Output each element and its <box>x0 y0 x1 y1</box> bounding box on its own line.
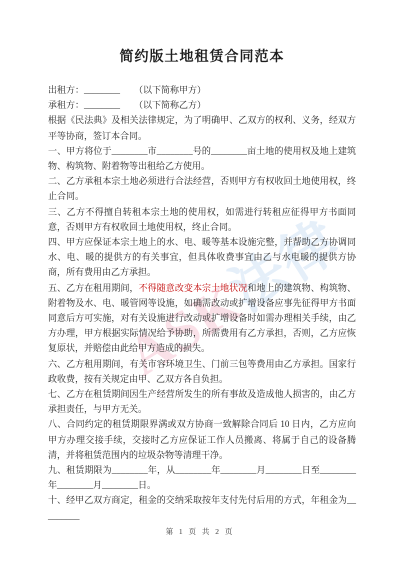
party-suffix: （以下简称甲方） <box>134 85 206 95</box>
clause-text: 六、乙方租用期间，有关市容环境卫生、门前三包等费用由乙方承担。国家行政收费，按有… <box>48 359 356 384</box>
fill-in-blank: ________ <box>84 85 120 95</box>
party-label: 出租方： <box>48 85 84 95</box>
document-body: 简约版土地租赁合同范本 出租方：________（以下简称甲方）承租方：____… <box>48 48 356 524</box>
clause-text: 根据《民法典》及相关法律规定，为了明确甲、乙双方的权利、义务，经双方平等协商，签… <box>48 115 356 140</box>
contract-clauses: 根据《民法典》及相关法律规定，为了明确甲、乙双方的权利、义务，经双方平等协商，签… <box>48 113 356 523</box>
clause-text: 八、合同约定的租赁期限界满或双方协商一致解除合同后 10 日内，乙方应向甲方办理… <box>48 419 356 459</box>
clause-text: 七、乙方在租赁期间因生产经营所发生的所有事故及造成他人损害的，由乙方承担责任，与… <box>48 389 356 414</box>
party-suffix: （以下简称乙方） <box>134 100 206 110</box>
clause-paragraph: 十、经甲乙双方商定，租金的交纳采取按年支付先付后用的方式，年租金为_______… <box>48 493 356 523</box>
clause-paragraph: 五、乙方在租用期间，不得随意改变本宗土地状况和地上的建筑物、构筑物、附着物及水、… <box>48 281 356 357</box>
page-number-footer: 第 1 页 共 2 页 <box>0 526 400 537</box>
clause-paragraph: 九、租赁期限为________年，从________年________月____… <box>48 463 356 493</box>
clause-paragraph: 四、甲方应保证本宗土地上的水、电、暖等基本设施完整，并帮助乙方协调同水、电、暖的… <box>48 235 356 281</box>
clause-text: 十、经甲乙双方商定，租金的交纳采取按年支付先付后用的方式，年租金为_______… <box>48 495 356 520</box>
clause-paragraph: 根据《民法典》及相关法律规定，为了明确甲、乙双方的权利、义务，经双方平等协商，签… <box>48 113 356 143</box>
party-line: 出租方：________（以下简称甲方） <box>48 83 356 98</box>
party-lines: 出租方：________（以下简称甲方）承租方：________（以下简称乙方） <box>48 83 356 113</box>
clause-text: 九、租赁期限为________年，从________年________月____… <box>48 465 356 490</box>
party-label: 承租方： <box>48 100 84 110</box>
document-title: 简约版土地租赁合同范本 <box>48 48 356 68</box>
clause-text: 三、乙方不得擅自转租本宗土地的使用权，如需进行转租应征得甲方书面同意，否则甲方有… <box>48 207 356 232</box>
clause-text: 一、甲方将位于________市________号的________亩土地的使用… <box>48 146 356 171</box>
clause-paragraph: 八、合同约定的租赁期限界满或双方协商一致解除合同后 10 日内，乙方应向甲方办理… <box>48 417 356 463</box>
clause-text: 五、乙方在租用期间， <box>48 283 139 293</box>
contract-page: ASK法律 简约版土地租赁合同范本 出租方：________（以下简称甲方）承租… <box>0 0 400 565</box>
clause-paragraph: 一、甲方将位于________市________号的________亩土地的使用… <box>48 144 356 174</box>
party-line: 承租方：________（以下简称乙方） <box>48 98 356 113</box>
clause-text: 四、甲方应保证本宗土地上的水、电、暖等基本设施完整，并帮助乙方协调同水、电、暖的… <box>48 237 356 277</box>
clause-paragraph: 七、乙方在租赁期间因生产经营所发生的所有事故及造成他人损害的，由乙方承担责任，与… <box>48 387 356 417</box>
clause-text: 和地上的建筑物、构筑物、附着物及水、电、暖管网等设施，如确需改动或扩增设备应事先… <box>48 283 356 354</box>
clause-paragraph: 六、乙方租用期间，有关市容环境卫生、门前三包等费用由乙方承担。国家行政收费，按有… <box>48 357 356 387</box>
clause-text: 二、乙方承租本宗土地必须进行合法经营，否则甲方有权收回土地使用权，终止合同。 <box>48 176 356 201</box>
clause-paragraph: 三、乙方不得擅自转租本宗土地的使用权，如需进行转租应征得甲方书面同意，否则甲方有… <box>48 205 356 235</box>
fill-in-blank: ________ <box>84 100 120 110</box>
highlighted-red-text: 不得随意改变本宗土地状况 <box>139 283 248 293</box>
clause-paragraph: 二、乙方承租本宗土地必须进行合法经营，否则甲方有权收回土地使用权，终止合同。 <box>48 174 356 204</box>
